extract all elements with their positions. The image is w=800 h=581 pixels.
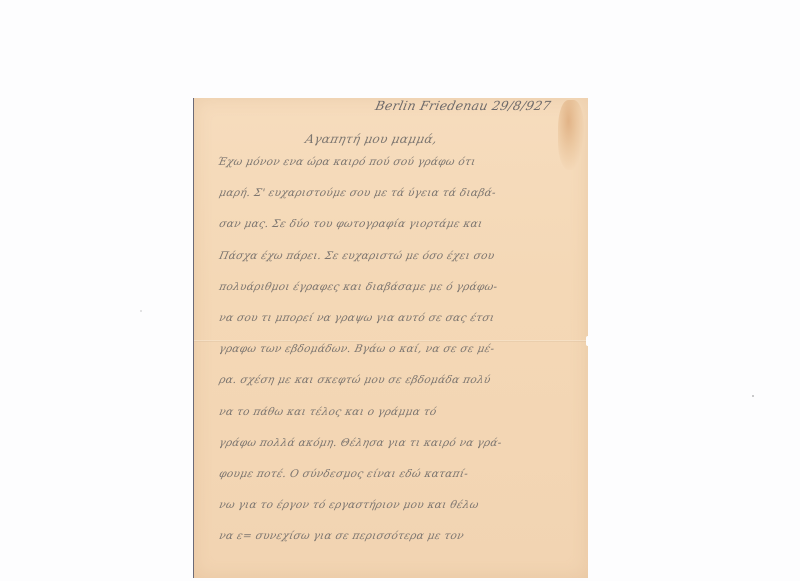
letter-line: ρα. σχέση με και σκεφτώ μου σε εβδομάδα … [218, 374, 571, 386]
letter-line: γραφω των εβδομάδων. Βγάω ο καί, να σε σ… [218, 343, 571, 355]
letter-line: μαρή. Σ' ευχαριστούμε σου με τά ύγεια τά… [218, 187, 571, 199]
letter-page: Berlin Friedenau 29/8/927 Αγαπητή μου μα… [193, 98, 588, 578]
place-date-line: Berlin Friedenau 29/8/927 [374, 98, 552, 113]
letter-content: Berlin Friedenau 29/8/927 Αγαπητή μου μα… [194, 98, 588, 578]
scan-speck [140, 310, 142, 312]
letter-line: φουμε ποτέ. Ο σύνδεσμος είναι εδώ καταπί… [218, 468, 571, 480]
letter-line: γράφω πολλά ακόμη. Θέλησα για τι καιρό ν… [218, 437, 571, 449]
letter-line: πολυάριθμοι έγραφες και διαβάσαμε με ό γ… [218, 281, 571, 293]
salutation: Αγαπητή μου μαμμά, [304, 132, 439, 146]
letter-line: να το πάθω και τέλος και ο γράμμα τό [218, 406, 571, 418]
letter-line: Έχω μόνον ενα ώρα καιρό πού σού γράφω ότ… [216, 156, 569, 168]
letter-line: Πάσχα έχω πάρει. Σε ευχαριστώ με όσο έχε… [218, 250, 571, 262]
letter-line: να ε= συνεχίσω για σε περισσότερα με τον [218, 530, 571, 542]
scan-speck [752, 395, 754, 397]
letter-line: να σου τι μπορεί να γραψω για αυτό σε σα… [218, 312, 571, 324]
scan-background: Berlin Friedenau 29/8/927 Αγαπητή μου μα… [0, 0, 800, 581]
letter-line: νω για το έργον τό εργαστήριον μου και θ… [218, 499, 571, 511]
letter-line: σαν μας. Σε δύο του φωτογραφία γιορτάμε … [218, 218, 571, 230]
